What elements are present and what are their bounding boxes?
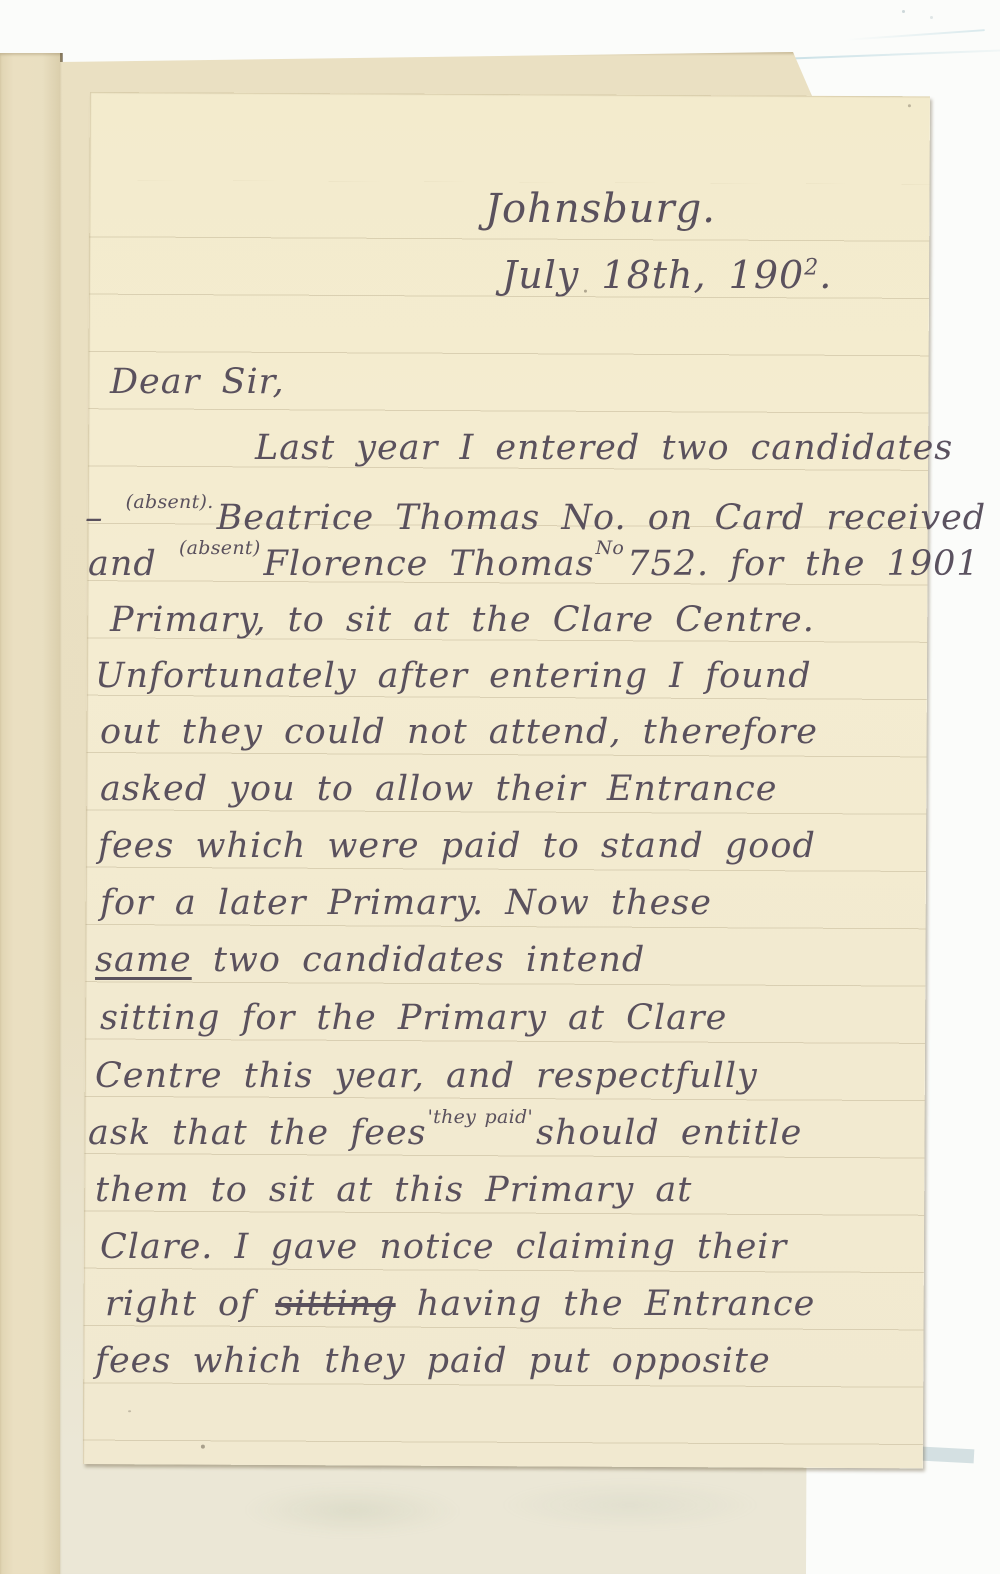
interlinear-note: (absent) xyxy=(179,537,261,559)
manuscript: Johnsburg.July 18th, 1902.Dear Sir,Last … xyxy=(0,0,1000,1574)
manuscript-text: Centre this year, and respectfully xyxy=(95,1056,758,1096)
manuscript-line: Centre this year, and respectfully xyxy=(95,1056,758,1096)
letter-date-line: July 18th, 1902. xyxy=(502,253,832,297)
manuscript-line: and (absent)Florence ThomasNo752. for th… xyxy=(88,544,980,584)
manuscript-text: two candidates intend xyxy=(192,940,646,980)
salutation-line: Dear Sir, xyxy=(110,362,285,402)
scan-background: Johnsburg.July 18th, 1902.Dear Sir,Last … xyxy=(0,0,1000,1574)
manuscript-line: Primary, to sit at the Clare Centre. xyxy=(110,600,815,640)
manuscript-text: and xyxy=(88,544,178,584)
manuscript-text: Unfortunately after entering I found xyxy=(95,656,812,696)
manuscript-line: for a later Primary. Now these xyxy=(100,883,712,923)
underlined-word: same xyxy=(95,940,192,980)
manuscript-line: same two candidates intend xyxy=(95,940,645,980)
manuscript-line: them to sit at this Primary at xyxy=(95,1170,692,1210)
interlinear-note: No xyxy=(596,537,625,559)
manuscript-text: 2 xyxy=(804,255,819,280)
manuscript-text: Primary, to sit at the Clare Centre. xyxy=(110,600,815,640)
manuscript-line: Unfortunately after entering I found xyxy=(95,656,812,696)
manuscript-text: fees which they paid put opposite xyxy=(95,1341,771,1381)
interlinear-note: 'they paid' xyxy=(428,1106,533,1128)
interlinear-note: (absent). xyxy=(126,491,214,513)
manuscript-text: Beatrice Thomas No. on Card received xyxy=(217,498,1000,538)
manuscript-text: for a later Primary. Now these xyxy=(100,883,712,923)
manuscript-text: them to sit at this Primary at xyxy=(95,1170,692,1210)
manuscript-line: out they could not attend, therefore xyxy=(100,712,818,752)
manuscript-line: right of sitting having the Entrance xyxy=(105,1284,815,1324)
manuscript-text: Johnsburg. xyxy=(485,186,716,232)
manuscript-text: asked you to allow their Entrance xyxy=(100,769,777,809)
manuscript-text: fees which were paid to stand good xyxy=(98,826,816,866)
manuscript-text: Last year I entered two candidates xyxy=(255,428,953,468)
manuscript-text: – xyxy=(85,498,125,538)
manuscript-line: Last year I entered two candidates xyxy=(255,428,953,468)
manuscript-text: sitting for the Primary at Clare xyxy=(100,998,727,1038)
manuscript-line: asked you to allow their Entrance xyxy=(100,769,777,809)
manuscript-line: fees which they paid put opposite xyxy=(95,1341,771,1381)
manuscript-line: fees which were paid to stand good xyxy=(98,826,816,866)
manuscript-text: right of xyxy=(105,1284,275,1324)
manuscript-text: should entitle xyxy=(536,1113,802,1153)
manuscript-text: having the Entrance xyxy=(396,1284,816,1324)
manuscript-line: ask that the fees'they paid'should entit… xyxy=(88,1113,802,1153)
manuscript-text: Florence Thomas xyxy=(264,544,595,584)
manuscript-text: Dear Sir, xyxy=(110,362,285,402)
manuscript-line: – (absent).Beatrice Thomas No. on Card r… xyxy=(85,486,1000,541)
manuscript-line: Clare. I gave notice claiming their xyxy=(100,1227,787,1267)
manuscript-text: . xyxy=(819,253,832,297)
manuscript-text: out they could not attend, therefore xyxy=(100,712,818,752)
manuscript-text: Clare. I gave notice claiming their xyxy=(100,1227,787,1267)
manuscript-text: 752. for the 1901 xyxy=(627,544,979,584)
manuscript-text: July 18th, 190 xyxy=(502,253,804,297)
manuscript-text: ask that the fees xyxy=(88,1113,427,1153)
struck-word: sitting xyxy=(275,1284,395,1324)
manuscript-line: sitting for the Primary at Clare xyxy=(100,998,727,1038)
letter-place-line: Johnsburg. xyxy=(485,186,716,232)
